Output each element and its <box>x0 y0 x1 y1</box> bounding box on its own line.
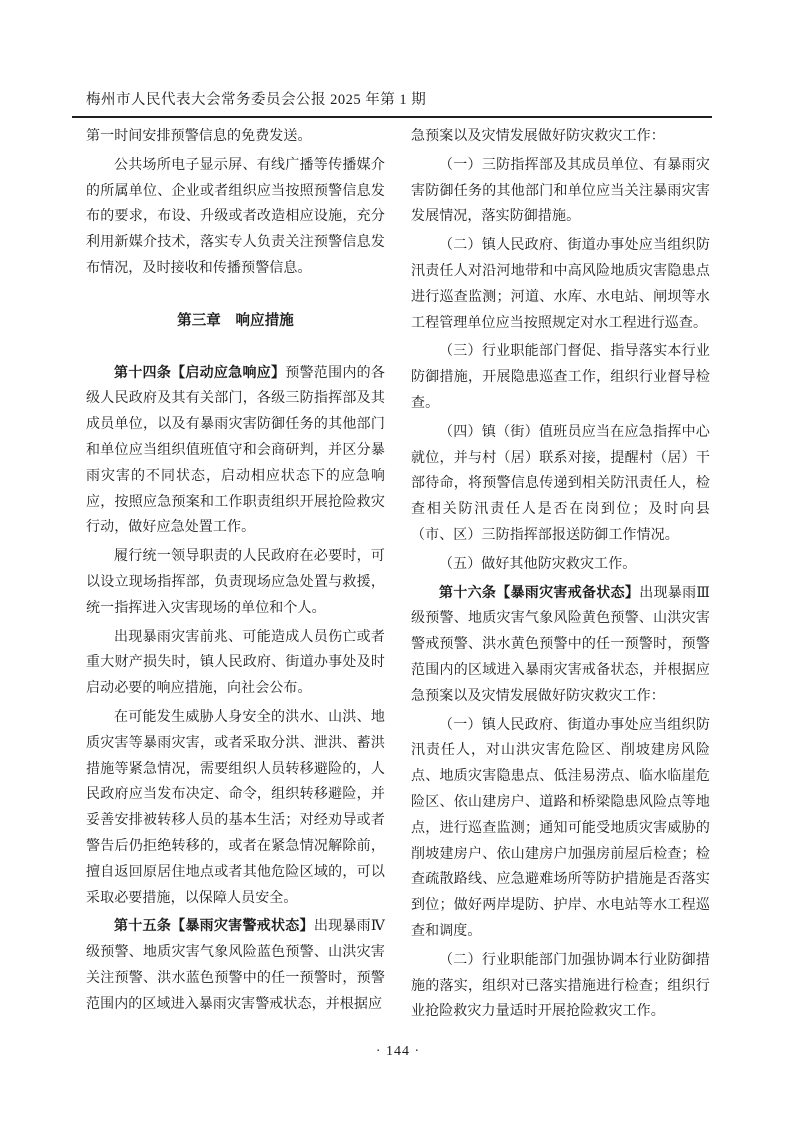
body-paragraph: （二）镇人民政府、街道办事处应当组织防汛责任人对沿河地带和中高风险地质灾害隐患点… <box>411 233 710 336</box>
article-number-label: 第十五条【暴雨灾害警戒状态】 <box>114 919 314 934</box>
body-paragraph: 公共场所电子显示屏、有线广播等传播媒介的所属单位、企业或者组织应当按照预警信息发… <box>86 153 385 282</box>
header-divider-rule <box>72 116 712 118</box>
body-paragraph: （五）做好其他防灾救灾工作。 <box>411 552 710 578</box>
article-paragraph: 第十六条【暴雨灾害戒备状态】出现暴雨Ⅲ级预警、地质灾害气象风险黄色预警、山洪灾害… <box>411 581 710 710</box>
article-number-label: 第十六条【暴雨灾害戒备状态】 <box>439 586 639 601</box>
body-paragraph: （一）镇人民政府、街道办事处应当组织防汛责任人，对山洪灾害危险区、削坡建房风险点… <box>411 713 710 945</box>
text-columns: 第一时间安排预警信息的免费发送。公共场所电子显示屏、有线广播等传播媒介的所属单位… <box>86 124 710 1025</box>
body-paragraph: 履行统一领导职责的人民政府在必要时，可以设立现场指挥部，负责现场应急处置与救援，… <box>86 544 385 621</box>
body-paragraph: 出现暴雨灾害前兆、可能造成人员伤亡或者重大财产损失时，镇人民政府、街道办事处及时… <box>86 625 385 702</box>
body-paragraph: （一）三防指挥部及其成员单位、有暴雨灾害防御任务的其他部门和单位应当关注暴雨灾害… <box>411 153 710 230</box>
page-number: · 144 · <box>86 1044 710 1060</box>
body-paragraph: （二）行业职能部门加强协调本行业防御措施的落实，组织对已落实措施进行检查；组织行… <box>411 948 710 1025</box>
chapter-heading: 第三章 响应措施 <box>86 309 385 335</box>
body-paragraph: （三）行业职能部门督促、指导落实本行业防御措施，开展隐患巡查工作，组织行业督导检… <box>411 339 710 416</box>
body-paragraph: 第一时间安排预警信息的免费发送。 <box>86 124 385 150</box>
right-column: 急预案以及灾情发展做好防灾救灾工作：（一）三防指挥部及其成员单位、有暴雨灾害防御… <box>411 124 710 1025</box>
body-paragraph: 在可能发生威胁人身安全的洪水、山洪、地质灾害等暴雨灾害，或者采取分洪、泄洪、蓄洪… <box>86 705 385 911</box>
body-paragraph: 急预案以及灾情发展做好防灾救灾工作： <box>411 124 710 150</box>
left-column: 第一时间安排预警信息的免费发送。公共场所电子显示屏、有线广播等传播媒介的所属单位… <box>86 124 385 1025</box>
article-paragraph: 第十五条【暴雨灾害警戒状态】出现暴雨Ⅳ级预警、地质灾害气象风险蓝色预警、山洪灾害… <box>86 914 385 1017</box>
body-paragraph: （四）镇（街）值班员应当在应急指挥中心就位，并与村（居）联系对接，提醒村（居）干… <box>411 420 710 549</box>
article-number-label: 第十四条【启动应急响应】 <box>114 366 285 381</box>
gazette-page: 梅州市人民代表大会常务委员会公报 2025 年第 1 期 第一时间安排预警信息的… <box>0 0 793 1122</box>
article-paragraph: 第十四条【启动应急响应】预警范围内的各级人民政府及其有关部门，各级三防指挥部及其… <box>86 361 385 542</box>
gazette-header-title: 梅州市人民代表大会常务委员会公报 2025 年第 1 期 <box>86 88 726 109</box>
